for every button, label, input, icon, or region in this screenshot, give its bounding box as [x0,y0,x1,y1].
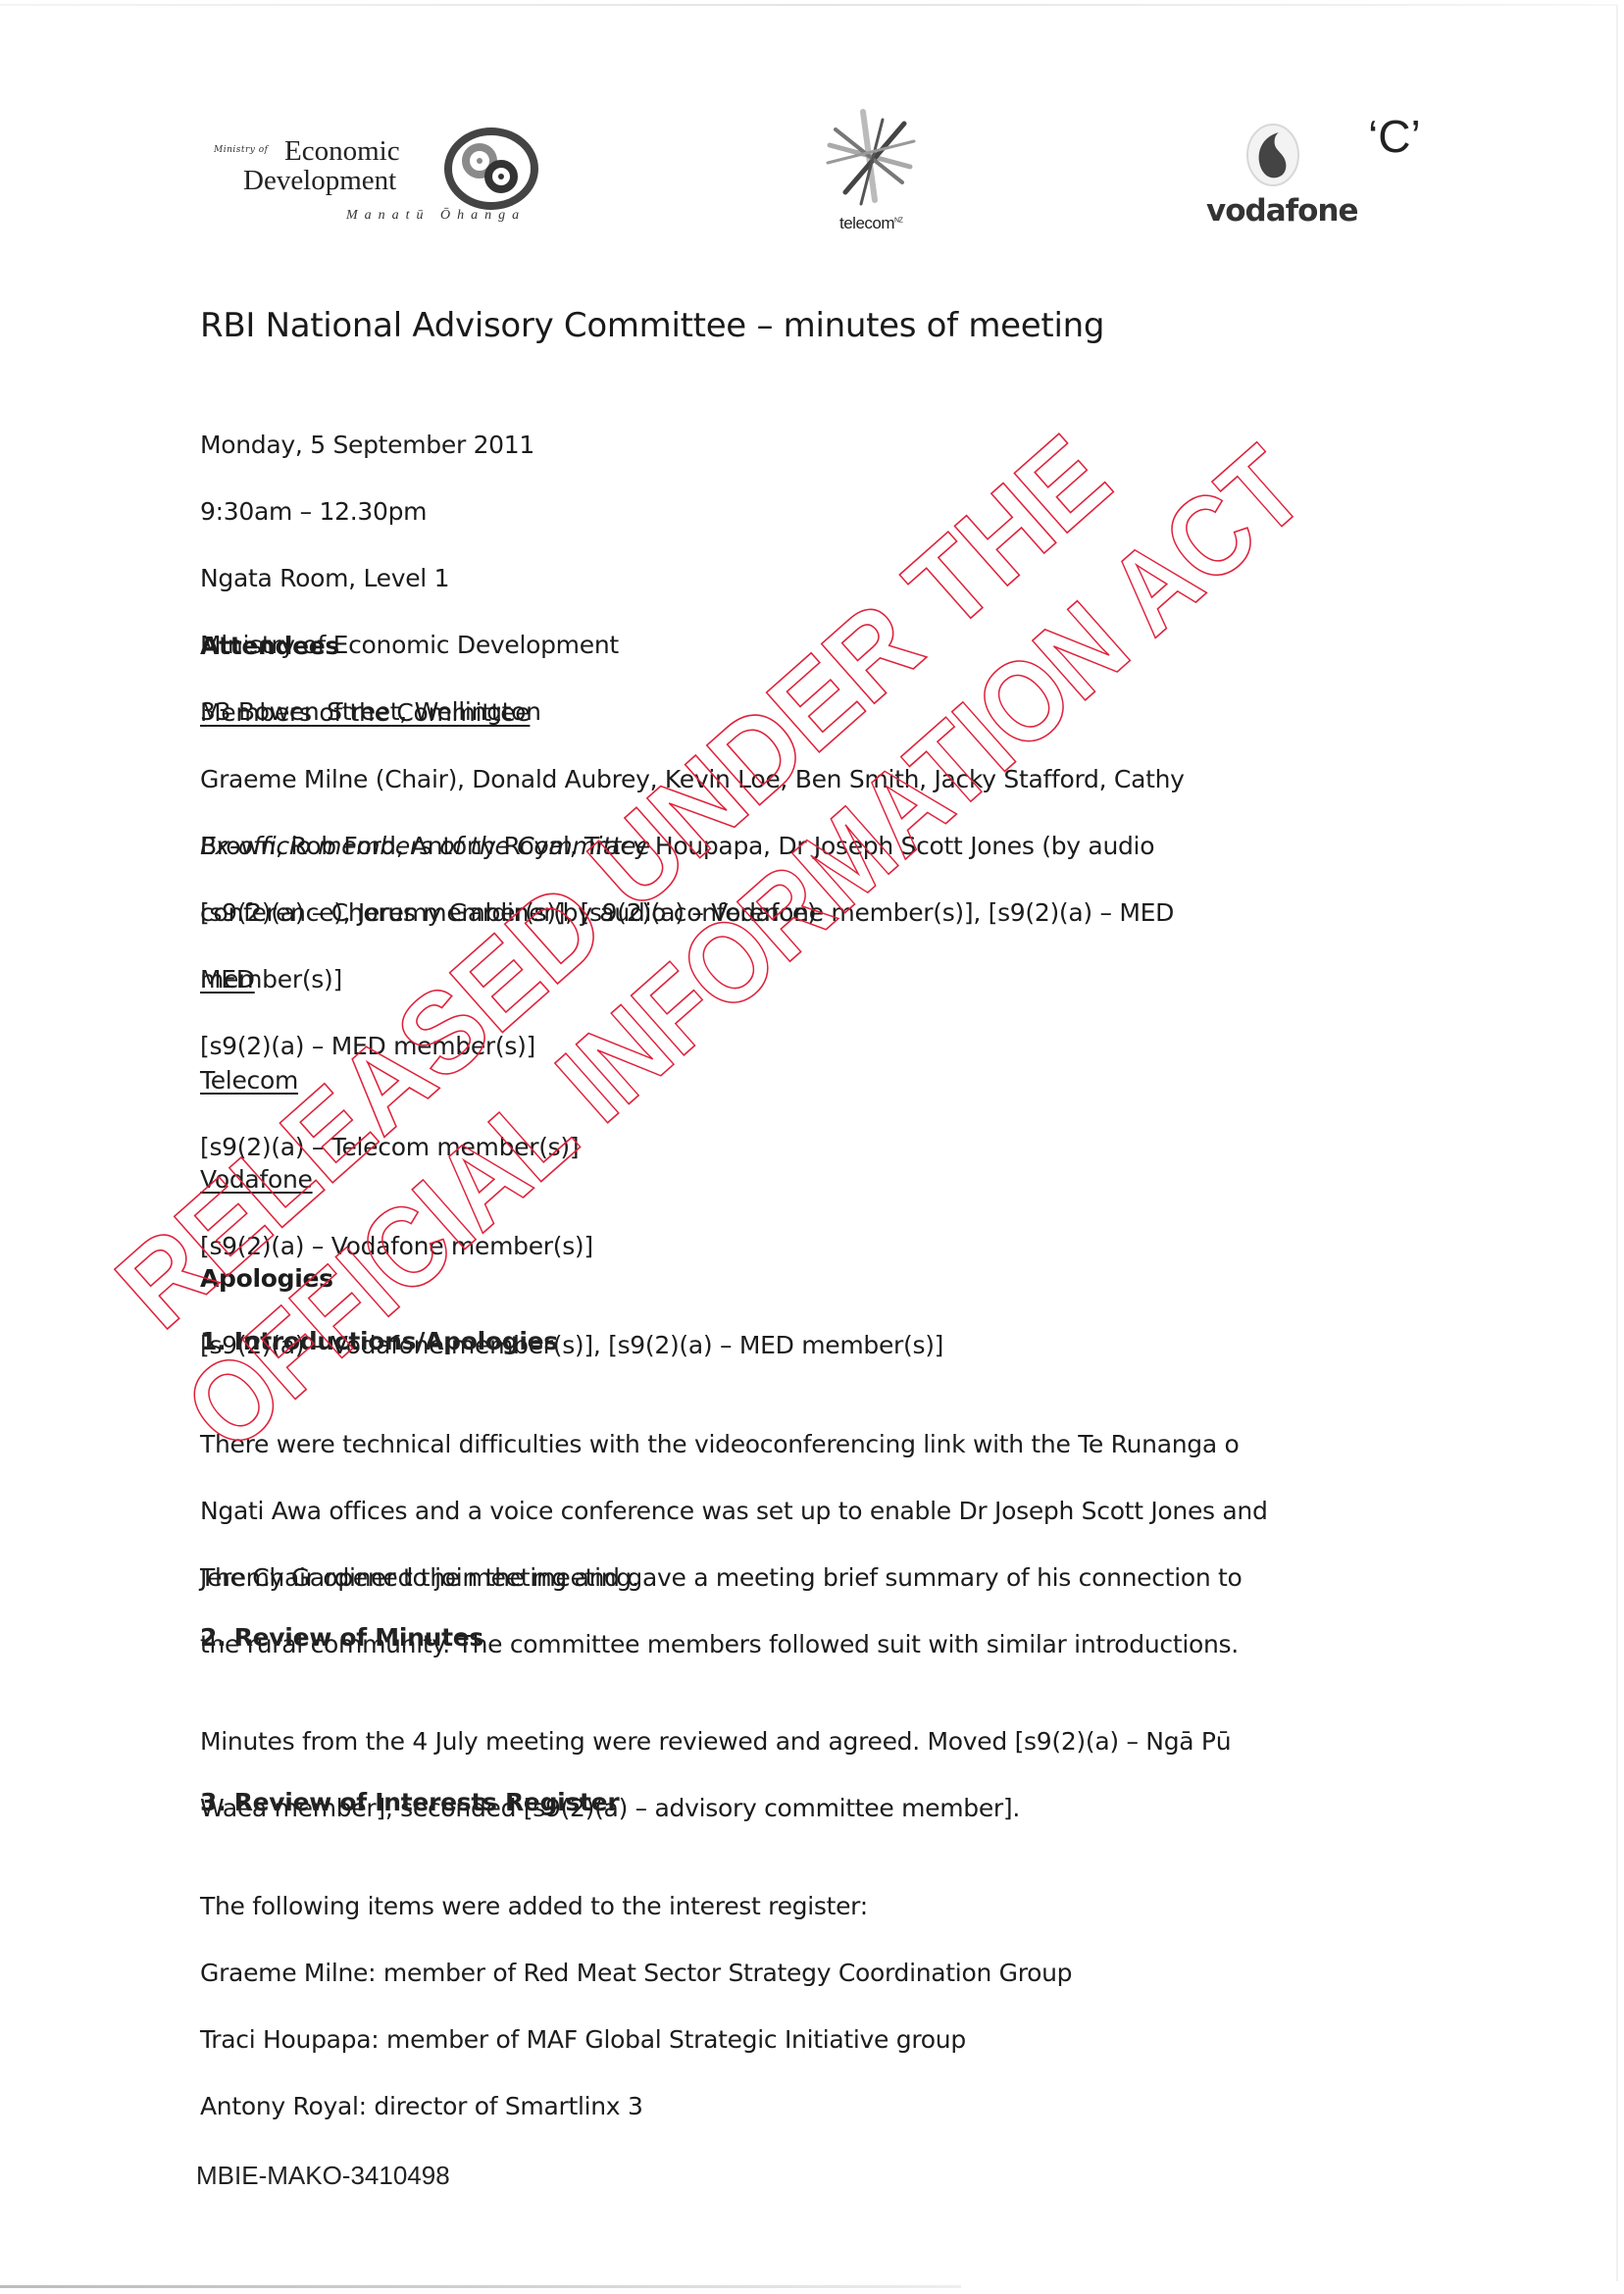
page-title: RBI National Advisory Committee – minute… [200,306,1104,345]
apologies-section: Apologies [s9(2)(a) – Vodafone member(s)… [200,1229,943,1396]
attendees-heading: Attendees [200,630,1185,663]
ex-officio-heading: Ex-officio members of the Committee [200,830,1174,863]
paragraph-line: Ngati Awa offices and a voice conference… [200,1495,1268,1528]
section-1-paragraph-2: The Chair opened the meeting and gave a … [200,1528,1243,1695]
med-heading: MED [200,963,535,996]
paragraph-line: The following items were added to the in… [200,1890,1072,1923]
members-heading: Members of the Committee [200,696,1185,730]
telecom-wordmark: telecomNZ [839,214,902,233]
med-logo-maori: Manatū Ōhanga [346,208,526,224]
apologies-heading: Apologies [200,1262,943,1296]
koru-icon [444,127,538,210]
paragraph-line: The Chair opened the meeting and gave a … [200,1561,1243,1595]
scan-edge-top [0,4,1618,6]
telecom-star-icon [824,106,918,208]
interest-item: Traci Houpapa: member of MAF Global Stra… [200,2023,1072,2057]
interest-item: Antony Royal: director of Smartlinx 3 [200,2090,1072,2123]
telecom-word: telecom [839,214,894,232]
scan-edge-right [1616,6,1618,2281]
meeting-date: Monday, 5 September 2011 [200,429,619,462]
telecom-mark: NZ [894,217,902,224]
vodafone-wordmark: vodafone [1206,193,1358,229]
section-3-heading: 3. Review of Interests Register [200,1788,619,1816]
section-2-paragraph-1: Minutes from the 4 July meeting were rev… [200,1692,1231,1859]
vodafone-logo: vodafone [1194,123,1391,240]
meeting-time: 9:30am – 12.30pm [200,495,619,529]
section-2-heading: 2. Review of Minutes [200,1623,483,1652]
members-line: Graeme Milne (Chair), Donald Aubrey, Kev… [200,763,1185,796]
document-class-mark: ‘C’ [1368,110,1421,163]
vodafone-speechmark-icon [1245,123,1300,187]
document-reference-id: MBIE-MAKO-3410498 [196,2161,450,2191]
med-logo-line2: Development [243,165,396,197]
telecom-heading: Telecom [200,1064,579,1097]
telecom-logo: telecomNZ [812,106,930,233]
section-3-paragraph-1: The following items were added to the in… [200,1857,1072,2157]
med-logo: Ministry of Economic Development Manatū … [214,127,547,235]
meeting-room: Ngata Room, Level 1 [200,562,619,595]
scan-edge-bottom [0,2285,961,2288]
med-logo-ministry-of: Ministry of [214,145,269,155]
section-1-heading: 1. Introductions/Apologies [200,1327,558,1355]
interest-item: Graeme Milne: member of Red Meat Sector … [200,1957,1072,1990]
med-logo-line1: Economic [284,135,400,168]
vodafone-heading: Vodafone [200,1163,593,1197]
paragraph-line: There were technical difficulties with t… [200,1428,1268,1461]
paragraph-line: Minutes from the 4 July meeting were rev… [200,1725,1231,1759]
ex-officio-line: [s9(2)(a) – Chorus member(s)], [s9(2)(a)… [200,896,1174,930]
